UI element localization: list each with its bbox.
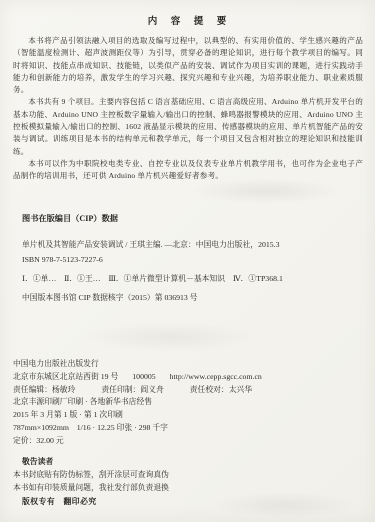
address-line: 北京市东城区北京站西街 19 号100005http://www.cepp.sg… — [13, 371, 361, 384]
price-line: 定价：32.00 元 — [13, 435, 361, 448]
isbn-line: ISBN 978-7-5123-7227-6 — [22, 255, 357, 265]
responsible-editor: 责任编辑：杨敏玲 — [13, 385, 75, 394]
scan-smudge — [80, 322, 260, 352]
publisher-line: 中国电力出版社出版发行 — [13, 358, 361, 371]
cip-header: 图书在版编目（CIP）数据 — [22, 214, 357, 224]
content-summary-section: 内 容 提 要 本书将产品引领法融入项目的选取及编写过程中，以典型的、有实用价值… — [13, 13, 363, 183]
responsible-printer: 责任印制：阎义舟 — [101, 385, 163, 394]
print-house-line: 北京丰源印刷厂印刷 · 各地新华书店经售 — [13, 396, 361, 409]
summary-paragraph: 本书共有 9 个项目。主要内容包括 C 语言基础应用、C 语言高级应用、Ardu… — [13, 96, 363, 157]
content-summary-title: 内 容 提 要 — [13, 13, 363, 27]
publication-info-section: 中国电力出版社出版发行 北京市东城区北京站西街 19 号100005http:/… — [13, 358, 361, 448]
notice-line: 本书如有印装质量问题，我社发行部负责退换 — [13, 481, 361, 494]
edition-line: 2015 年 3 月第 1 版 · 第 1 次印刷 — [13, 409, 361, 422]
responsible-proofreader: 责任校对：太兴华 — [190, 385, 252, 394]
staff-line: 责任编辑：杨敏玲责任印制：阎义舟责任校对：太兴华 — [13, 384, 361, 397]
notice-line: 本书封底贴有防伪标签，刮开涂层可查询真伪 — [13, 468, 361, 481]
summary-paragraph: 本书将产品引领法融入项目的选取及编写过程中，以典型的、有实用价值的、学生感兴趣的… — [13, 35, 363, 96]
copyright-statement: 版权专有 翻印必究 — [22, 495, 361, 508]
cip-data-section: 图书在版编目（CIP）数据 单片机及其智能产品安装调试 / 王琪主编. —北京：… — [22, 214, 357, 303]
notice-header: 敬告读者 — [22, 455, 361, 468]
reader-notice-section: 敬告读者 本书封底贴有防伪标签，刮开涂层可查询真伪 本书如有印装质量问题，我社发… — [13, 455, 361, 508]
publisher-address: 北京市东城区北京站西街 19 号 — [13, 372, 118, 381]
cip-record-number-line: 中国版本图书馆 CIP 数据核字（2015）第 036913 号 — [22, 293, 357, 303]
publisher-website: http://www.cepp.sgcc.com.cn — [170, 372, 262, 381]
book-copyright-page: 内 容 提 要 本书将产品引领法融入项目的选取及编写过程中，以典型的、有实用价值… — [0, 0, 375, 522]
cip-title-line: 单片机及其智能产品安装调试 / 王琪主编. —北京：中国电力出版社，2015.3 — [22, 240, 357, 250]
format-line: 787mm×1092mm 1/16 · 12.25 印张 · 298 千字 — [13, 422, 361, 435]
cip-classification-line: Ⅰ．①单… Ⅱ．①王… Ⅲ．①单片微型计算机－基本知识 Ⅳ．①TP368.1 — [22, 274, 357, 284]
summary-paragraph: 本书可以作为中职院校电类专业、自控专业以及仪表专业单片机教学用书，也可作为企业电… — [13, 158, 363, 183]
postcode: 100005 — [132, 372, 155, 381]
